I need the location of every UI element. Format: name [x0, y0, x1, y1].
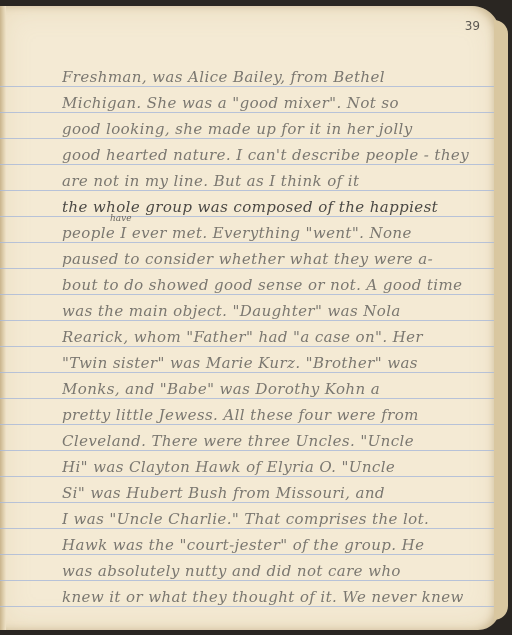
handwritten-line: Monks, and "Babe" was Dorothy Kohn a [62, 379, 492, 399]
handwritten-line: pretty little Jewess. All these four wer… [62, 405, 492, 425]
handwritten-line: knew it or what they thought of it. We n… [62, 587, 492, 607]
handwritten-line: bout to do showed good sense or not. A g… [62, 275, 492, 295]
handwritten-line: I was "Uncle Charlie." That comprises th… [62, 509, 492, 529]
handwritten-line: paused to consider whether what they wer… [62, 249, 492, 269]
handwritten-line: Rearick, whom "Father" had "a case on". … [62, 327, 492, 347]
notebook-page: 39 Freshman, was Alice Bailey, from Beth… [0, 6, 500, 630]
handwritten-line: Michigan. She was a "good mixer". Not so [62, 93, 492, 113]
handwritten-line: was the main object. "Daughter" was Nola [62, 301, 492, 321]
handwritten-line: "Twin sister" was Marie Kurz. "Brother" … [62, 353, 492, 373]
handwritten-line: Hawk was the "court-jester" of the group… [62, 535, 492, 555]
handwritten-line: people I ever met. Everything "went". No… [62, 223, 492, 243]
handwritten-line: Freshman, was Alice Bailey, from Bethel [62, 67, 492, 87]
handwritten-line: was absolutely nutty and did not care wh… [62, 561, 492, 581]
handwritten-line: good looking, she made up for it in her … [62, 119, 492, 139]
handwritten-line: good hearted nature. I can't describe pe… [62, 145, 492, 165]
handwritten-line: Cleveland. There were three Uncles. "Unc… [62, 431, 492, 451]
handwritten-line: Si" was Hubert Bush from Missouri, and [62, 483, 492, 503]
handwritten-line: Hi" was Clayton Hawk of Elyria O. "Uncle [62, 457, 492, 477]
page-edge [494, 20, 508, 620]
handwritten-line: are not in my line. But as I think of it [62, 171, 492, 191]
